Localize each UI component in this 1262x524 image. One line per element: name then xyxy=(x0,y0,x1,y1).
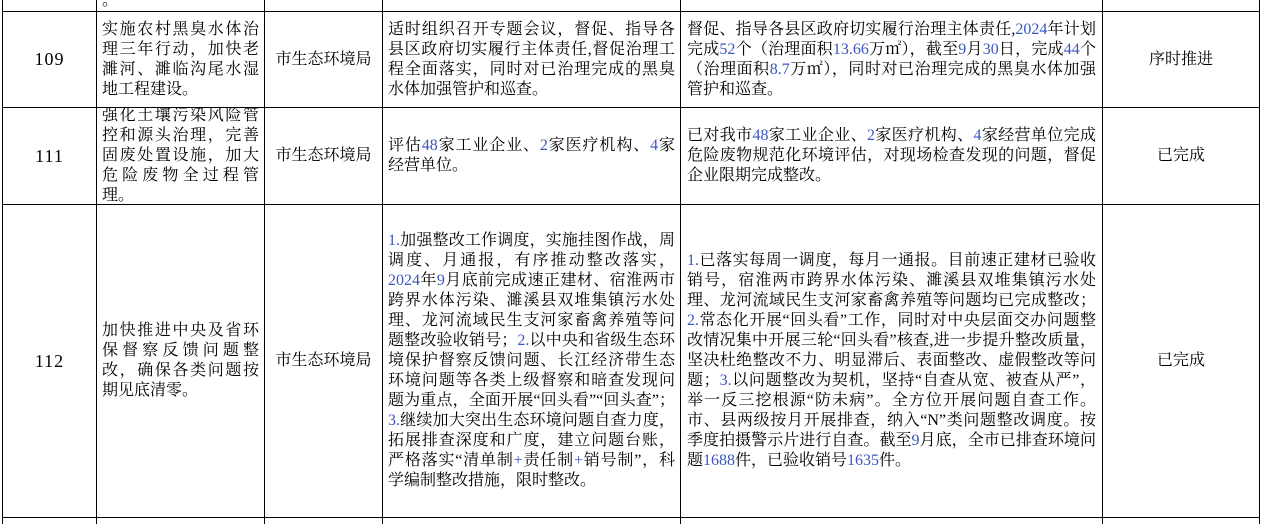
department-text: 市生态环境局 xyxy=(275,351,371,371)
measures-cell: 评估48家工业企业、2家医疗机构、4家经营单位。 xyxy=(383,108,681,205)
carryover-task-cell: 。 xyxy=(97,0,265,12)
department-cell: 市生态环境局 xyxy=(265,12,383,108)
progress-table: 。 109 实施农村黑臭水体治理三年行动，加快老濉河、濉临沟尾水湿地工程建设。 … xyxy=(2,0,1260,524)
status-text: 已完成 xyxy=(1157,146,1205,166)
progress-text: 督促、指导各县区政府切实履行治理主体责任,2024年计划完成52个（治理面积13… xyxy=(687,20,1096,100)
status-cell: 已完成 xyxy=(1103,205,1260,518)
row-number: 109 xyxy=(35,49,65,70)
next-row-department-cell xyxy=(265,518,383,524)
measures-text: 适时组织召开专题会议，督促、指导各县区政府切实履行主体责任,督促治理工程全面落实… xyxy=(388,20,675,100)
status-cell: 序时推进 xyxy=(1103,12,1260,108)
carryover-department-cell xyxy=(265,0,383,12)
row-number: 111 xyxy=(35,146,64,167)
status-cell: 已完成 xyxy=(1103,108,1260,205)
measures-text: 评估48家工业企业、2家医疗机构、4家经营单位。 xyxy=(388,136,675,176)
task-cell: 强化土壤污染风险管控和源头治理，完善固废处置设施，加大危险废物全过程管理。 xyxy=(97,108,265,205)
measures-text: 1.加强整改工作调度，实施挂图作战，周调度、月通报，有序推动整改落实，2024年… xyxy=(388,231,675,491)
carryover-task-tail: 。 xyxy=(102,0,259,11)
department-text: 市生态环境局 xyxy=(275,50,371,70)
measures-cell: 1.加强整改工作调度，实施挂图作战，周调度、月通报，有序推动整改落实，2024年… xyxy=(383,205,681,518)
department-cell: 市生态环境局 xyxy=(265,205,383,518)
progress-cell: 1.已落实每周一调度，每月一通报。目前速正建材已验收销号，宿淮两市跨界水体污染、… xyxy=(681,205,1103,518)
status-text: 已完成 xyxy=(1157,351,1205,371)
carryover-number-cell xyxy=(2,0,97,12)
row-number-cell: 111 xyxy=(2,108,97,205)
progress-text: 1.已落实每周一调度，每月一通报。目前速正建材已验收销号，宿淮两市跨界水体污染、… xyxy=(687,251,1096,471)
status-text: 序时推进 xyxy=(1149,50,1213,70)
carryover-measures-cell xyxy=(383,0,681,12)
row-number-cell: 112 xyxy=(2,205,97,518)
row-number: 112 xyxy=(35,351,64,372)
progress-text: 已对我市48家工业企业、2家医疗机构、4家经营单位完成危险废物规范化环境评估，对… xyxy=(687,126,1096,186)
department-text: 市生态环境局 xyxy=(275,146,371,166)
task-text: 加快推进中央及省环保督察反馈问题整改，确保各类问题按期见底清零。 xyxy=(102,321,259,401)
task-text: 实施农村黑臭水体治理三年行动，加快老濉河、濉临沟尾水湿地工程建设。 xyxy=(102,20,259,100)
next-row-task-cell xyxy=(97,518,265,524)
row-number-cell: 109 xyxy=(2,12,97,108)
progress-cell: 已对我市48家工业企业、2家医疗机构、4家经营单位完成危险废物规范化环境评估，对… xyxy=(681,108,1103,205)
carryover-status-cell xyxy=(1103,0,1260,12)
next-row-measures-cell xyxy=(383,518,681,524)
measures-cell: 适时组织召开专题会议，督促、指导各县区政府切实履行主体责任,督促治理工程全面落实… xyxy=(383,12,681,108)
task-cell: 加快推进中央及省环保督察反馈问题整改，确保各类问题按期见底清零。 xyxy=(97,205,265,518)
progress-cell: 督促、指导各县区政府切实履行治理主体责任,2024年计划完成52个（治理面积13… xyxy=(681,12,1103,108)
next-row-number-cell xyxy=(2,518,97,524)
task-cell: 实施农村黑臭水体治理三年行动，加快老濉河、濉临沟尾水湿地工程建设。 xyxy=(97,12,265,108)
carryover-progress-cell xyxy=(681,0,1103,12)
next-row-status-cell xyxy=(1103,518,1260,524)
next-row-progress-cell xyxy=(681,518,1103,524)
department-cell: 市生态环境局 xyxy=(265,108,383,205)
task-text: 强化土壤污染风险管控和源头治理，完善固废处置设施，加大危险废物全过程管理。 xyxy=(102,108,259,205)
